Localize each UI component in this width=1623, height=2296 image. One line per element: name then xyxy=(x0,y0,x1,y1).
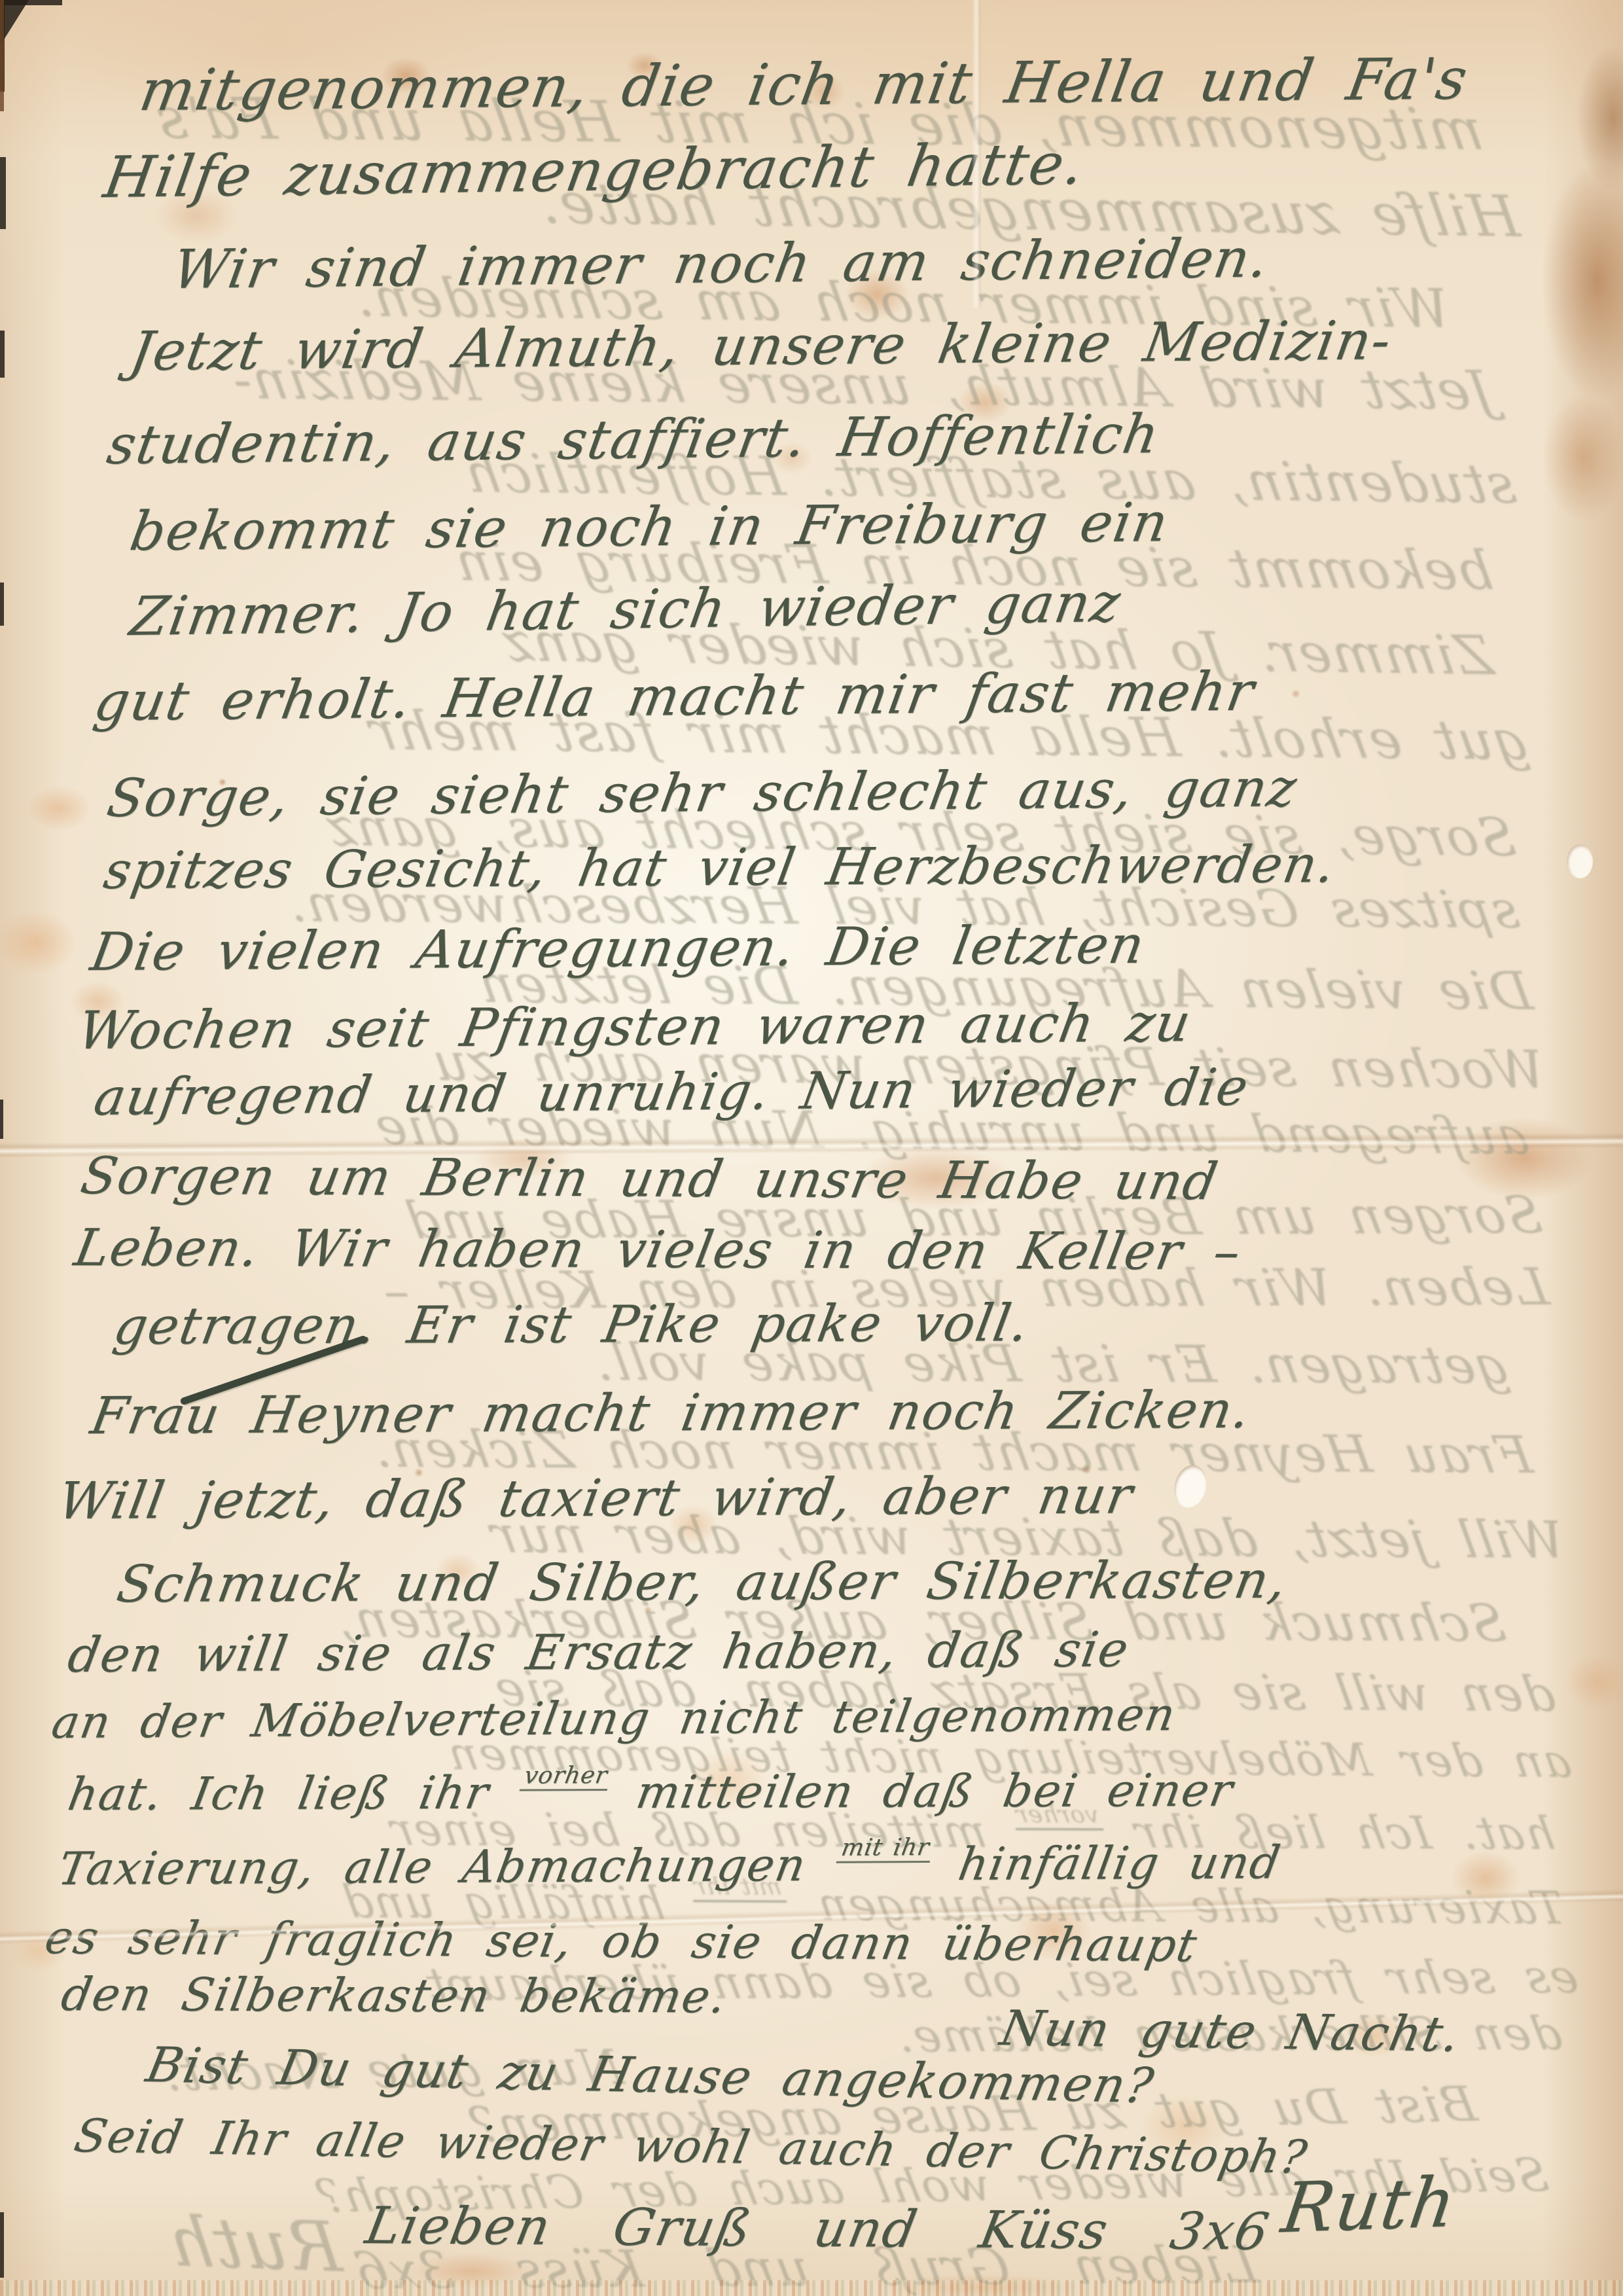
letter-line-29: Lieben Gruß und Küss 3x6 xyxy=(362,2200,1274,2258)
letter-line-15: Leben. Wir haben vieles in den Keller – xyxy=(71,1223,1245,1278)
vertical-fold-crease xyxy=(972,0,981,308)
letter-line-18: Will jetzt, daß taxiert wird, aber nur xyxy=(54,1470,1137,1527)
scan-edge-artifact xyxy=(0,2212,4,2278)
scan-edge-artifact xyxy=(0,157,6,229)
letter-line-2: Hilfe zusammengebracht hatte. xyxy=(100,135,1088,206)
scan-edge-artifact xyxy=(0,1100,3,1139)
letter-line-28: Seid Ihr alle wieder wohl auch der Chris… xyxy=(71,2113,1311,2180)
letter-line-4: Jetzt wird Almuth, unsere kleine Medizin… xyxy=(126,314,1396,379)
letter-line-16: getragen. Er ist Pike pake voll. xyxy=(110,1298,1033,1352)
letter-line-12: Wochen seit Pfingsten waren auch zu xyxy=(74,997,1195,1057)
letter-line-17: Frau Heyner macht immer noch Zicken. xyxy=(87,1385,1255,1442)
signature: Ruth xyxy=(1278,2168,1461,2243)
letter-scan-page: mitgenommen, die ich mit Hella und Fa'sH… xyxy=(0,0,1623,2296)
letter-line-13: aufregend und unruhig. Nun wieder die xyxy=(90,1062,1253,1123)
letter-line-6: bekommt sie noch in Freiburg ein xyxy=(126,496,1173,559)
letter-line-21: an der Möbelverteilung nicht teilgenomme… xyxy=(48,1693,1179,1746)
scanner-noise-strip xyxy=(0,2280,1623,2296)
letter-line-26: Nun gute Nacht. xyxy=(997,2004,1465,2059)
scan-edge-artifact xyxy=(0,331,5,378)
letter-line-11: Die vielen Aufregungen. Die letzten xyxy=(87,919,1149,978)
paper-damage-spot xyxy=(1567,844,1593,878)
scan-edge-artifact xyxy=(0,0,62,5)
letter-line-3: Wir sind immer noch am schneiden. xyxy=(169,232,1273,297)
letter-line-22: hat. Ich ließ ihr vorher mitteilen daß b… xyxy=(65,1768,1237,1818)
letter-line-25: den Silberkasten bekäme. xyxy=(58,1971,731,2020)
scan-edge-artifact xyxy=(0,583,4,626)
letter-line-14: Sorgen um Berlin und unsre Habe und xyxy=(77,1151,1222,1208)
letter-line-5: studentin, aus staffiert. Hoffentlich xyxy=(103,408,1164,473)
letter-line-9: Sorge, sie sieht sehr schlecht aus, ganz xyxy=(103,762,1301,825)
scan-edge-artifact xyxy=(0,0,4,111)
inserted-word: mit ihr xyxy=(836,1834,935,1863)
letter-line-8: gut erholt. Hella macht mir fast mehr xyxy=(90,665,1258,729)
letter-line-10: spitzes Gesicht, hat viel Herzbeschwerde… xyxy=(100,839,1340,897)
letter-line-1: mitgenommen, die ich mit Hella und Fa's xyxy=(136,50,1472,119)
letter-line-19: Schmuck und Silber, außer Silberkasten, xyxy=(113,1555,1291,1610)
inserted-word: vorher xyxy=(519,1762,612,1791)
letter-line-7: Zimmer. Jo hat sich wieder ganz xyxy=(126,577,1124,644)
letter-line-23: Taxierung, alle Abmachungen mit ihr hinf… xyxy=(55,1840,1284,1892)
letter-line-20: den will sie als Ersatz haben, daß sie xyxy=(65,1625,1133,1679)
